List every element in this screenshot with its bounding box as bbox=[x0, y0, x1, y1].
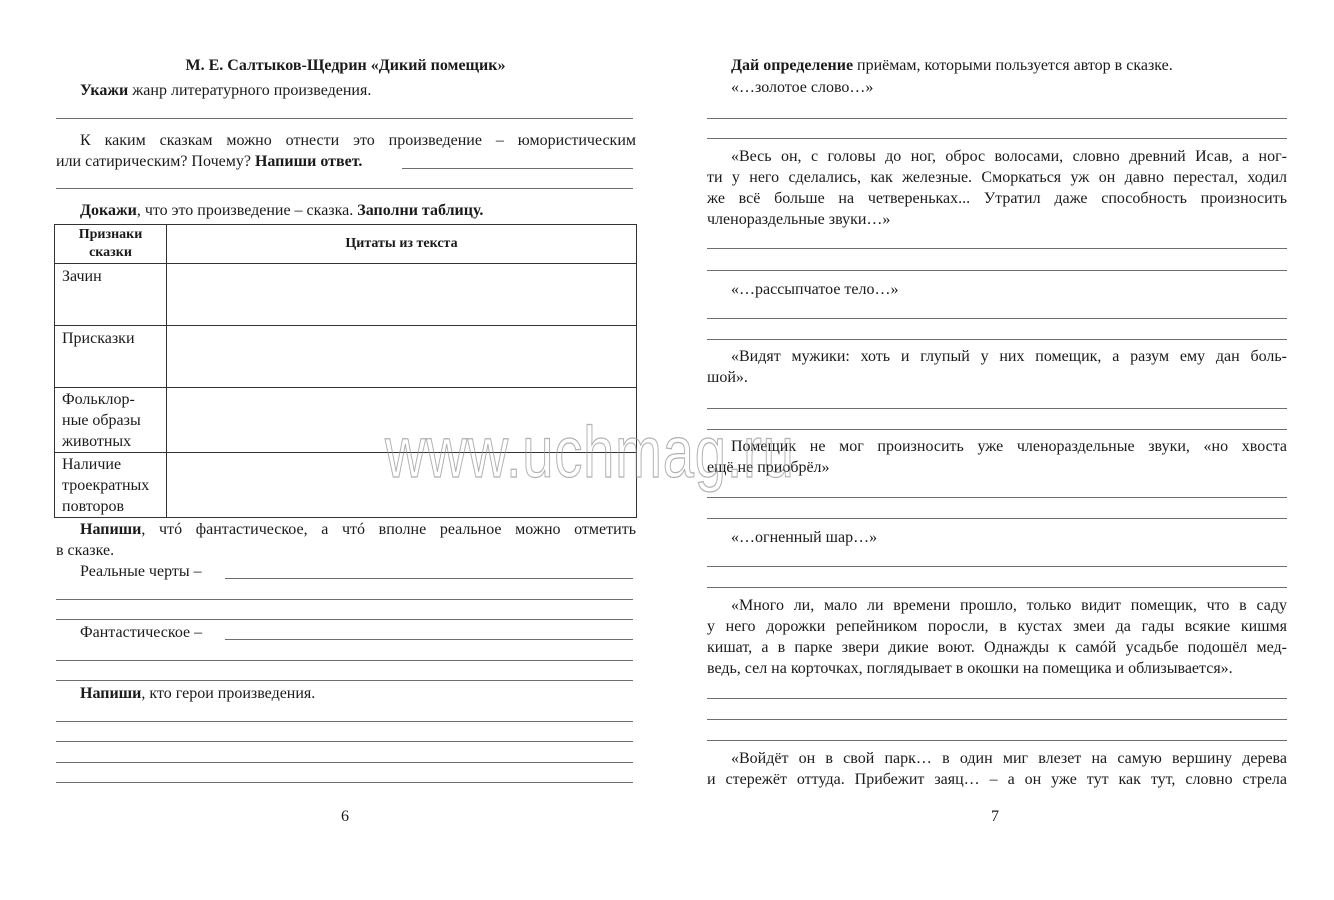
fantastic-label: Фантастическое – bbox=[80, 622, 202, 643]
task-verb: Напиши bbox=[80, 685, 141, 702]
task-verb: Заполни таблицу. bbox=[357, 202, 483, 219]
quote-line: членораздельные звуки…» bbox=[707, 209, 890, 230]
answer-line[interactable] bbox=[707, 118, 1287, 119]
answer-line[interactable] bbox=[56, 660, 633, 661]
task-text: или сатирическим? Почему? bbox=[56, 153, 255, 170]
feature-cell: Наличие троекратных повторов bbox=[55, 453, 167, 518]
quote-line: у него дорожки репейником поросли, в кус… bbox=[707, 616, 1287, 637]
answer-line[interactable] bbox=[56, 721, 633, 722]
task-verb: Напиши ответ. bbox=[255, 153, 362, 170]
fairy-tale-features-table: Признаки сказки Цитаты из текста Зачин П… bbox=[54, 224, 637, 518]
answer-line[interactable] bbox=[225, 578, 633, 579]
answer-line[interactable] bbox=[707, 740, 1287, 741]
answer-line[interactable] bbox=[707, 698, 1287, 699]
quote-line: и стережёт оттуда. Прибежит заяц… – а он… bbox=[707, 769, 1287, 790]
quote-cell[interactable] bbox=[167, 326, 637, 388]
task-text: приёмам, которыми пользуется автор в ска… bbox=[853, 57, 1173, 74]
answer-line[interactable] bbox=[56, 619, 633, 620]
task-verb: Докажи bbox=[80, 202, 137, 219]
quote-line: ещё не приобрёл» bbox=[707, 457, 830, 478]
quote-line: «…золотое слово…» bbox=[731, 77, 873, 98]
task-fantastic-real: Напиши, чтó фантастическое, а чтó вполне… bbox=[80, 519, 636, 540]
column-header-quotes: Цитаты из текста bbox=[167, 225, 637, 264]
task-text: , чтó фантастическое, а чтó вполне реаль… bbox=[141, 521, 636, 538]
quote-line: шой». bbox=[707, 367, 748, 388]
task-verb: Напиши bbox=[80, 521, 141, 538]
quote-line: «…огненный шар…» bbox=[731, 527, 877, 548]
quote-line: «Видят мужики: хоть и глупый у них помещ… bbox=[731, 346, 1287, 367]
answer-line[interactable] bbox=[56, 741, 633, 742]
answer-line[interactable] bbox=[707, 248, 1287, 249]
quote-line: «Весь он, с головы до ног, оброс волосам… bbox=[731, 146, 1287, 167]
task-heroes: Напиши, кто герои произведения. bbox=[80, 683, 315, 704]
table-header-row: Признаки сказки Цитаты из текста bbox=[55, 225, 637, 264]
answer-line[interactable] bbox=[707, 518, 1287, 519]
quote-cell[interactable] bbox=[167, 264, 637, 326]
page-title: М. Е. Салтыков-Щедрин «Дикий помещик» bbox=[54, 55, 637, 76]
quote-line: «Много ли, мало ли времени прошло, тольк… bbox=[731, 595, 1287, 616]
task-text: , что это произведение – сказка. bbox=[137, 202, 357, 219]
task-verb: Дай определение bbox=[731, 57, 853, 74]
answer-line[interactable] bbox=[56, 599, 633, 600]
quote-line: ведь, сел на корточках, поглядывает в ок… bbox=[707, 658, 1233, 679]
quote-cell[interactable] bbox=[167, 388, 637, 453]
page-number: 6 bbox=[341, 806, 349, 827]
task-define: Дай определение приёмам, которыми пользу… bbox=[731, 55, 1173, 76]
answer-line[interactable] bbox=[56, 782, 633, 783]
table-row: Зачин bbox=[55, 264, 637, 326]
answer-line[interactable] bbox=[707, 566, 1287, 567]
answer-line[interactable] bbox=[707, 318, 1287, 319]
task-text: , кто герои произведения. bbox=[141, 685, 315, 702]
quote-line: ти у него сделались, как железные. Сморк… bbox=[707, 167, 1287, 188]
answer-line[interactable] bbox=[707, 429, 1287, 430]
task-text: жанр литературного произведения. bbox=[128, 82, 371, 99]
answer-line[interactable] bbox=[707, 719, 1287, 720]
answer-line[interactable] bbox=[707, 339, 1287, 340]
quote-line: кишат, а в парке звери дикие воют. Однаж… bbox=[707, 637, 1287, 658]
answer-line[interactable] bbox=[707, 497, 1287, 498]
answer-line[interactable] bbox=[56, 762, 633, 763]
column-header-features: Признаки сказки bbox=[55, 225, 167, 264]
quote-line: «Войдёт он в свой парк… в один миг влезе… bbox=[731, 748, 1287, 769]
task-satire-line2: или сатирическим? Почему? Напиши ответ. bbox=[56, 151, 362, 172]
answer-line[interactable] bbox=[707, 138, 1287, 139]
answer-line[interactable] bbox=[56, 188, 633, 189]
real-features-label: Реальные черты – bbox=[80, 561, 202, 582]
answer-line[interactable] bbox=[56, 118, 633, 119]
quote-line: Помещик не мог произносить уже членоразд… bbox=[731, 436, 1287, 457]
answer-line[interactable] bbox=[707, 270, 1287, 271]
feature-label: Наличие троекратных повторов bbox=[62, 456, 149, 515]
feature-cell: Присказки bbox=[55, 326, 167, 388]
answer-line[interactable] bbox=[707, 587, 1287, 588]
task-prove: Докажи, что это произведение – сказка. З… bbox=[80, 200, 483, 221]
quote-line: же всё больше на четвереньках... Утратил… bbox=[707, 188, 1287, 209]
task-satire-line1: К каким сказкам можно отнести это произв… bbox=[80, 130, 636, 151]
task-fantastic-real-line2: в сказке. bbox=[56, 540, 114, 561]
answer-line[interactable] bbox=[402, 168, 633, 169]
page-number: 7 bbox=[991, 806, 999, 827]
quote-cell[interactable] bbox=[167, 453, 637, 518]
answer-line[interactable] bbox=[56, 680, 633, 681]
table-row: Фольклор- ные образы животных bbox=[55, 388, 637, 453]
table-row: Наличие троекратных повторов bbox=[55, 453, 637, 518]
feature-cell: Фольклор- ные образы животных bbox=[55, 388, 167, 453]
answer-line[interactable] bbox=[707, 408, 1287, 409]
answer-line[interactable] bbox=[225, 639, 633, 640]
table-row: Присказки bbox=[55, 326, 637, 388]
feature-cell: Зачин bbox=[55, 264, 167, 326]
feature-label: Фольклор- ные образы животных bbox=[62, 391, 141, 450]
quote-line: «…рассыпчатое тело…» bbox=[731, 279, 899, 300]
task-verb: Укажи bbox=[80, 82, 128, 99]
task-genre: Укажи жанр литературного произведения. bbox=[80, 80, 371, 101]
